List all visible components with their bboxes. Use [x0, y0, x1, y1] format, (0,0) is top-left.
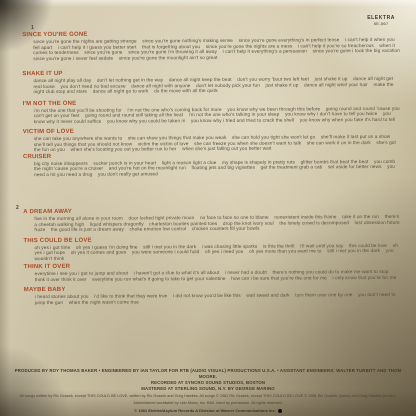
song-lyrics-victim-of-love: she can take you anywhere she wants to s… — [34, 134, 402, 153]
song-lyrics-im-not-the-one: i'm not the one that you'll be shooting … — [34, 105, 402, 124]
song-lyrics-a-dream-away: five in the morning all alone in your ro… — [34, 214, 402, 233]
song-section-maybe-baby: MAYBE BABY i heard stories about you i'd… — [24, 285, 403, 305]
song-section-im-not-the-one: I'M NOT THE ONE i'm not the one that you… — [23, 98, 402, 124]
song-section-since-youre-gone: SINCE YOU'RE GONE since you're gone the … — [22, 30, 401, 61]
song-lyrics-since-youre-gone: since you're gone the nights are getting… — [33, 37, 401, 61]
catalog-number: 5E-567 — [367, 21, 395, 26]
song-section-this-could-be-love: THIS COULD BE LOVE oh yes i got time oh … — [23, 235, 402, 261]
rights-line-1: All songs written by Ric Ocasek, except … — [10, 394, 406, 399]
song-lyrics-shake-it-up: dance all night play all day don't let n… — [33, 76, 401, 95]
song-lyrics-this-could-be-love: oh yes i got time oh yes i guess i'm doi… — [34, 242, 402, 261]
song-section-a-dream-away: A DREAM AWAY five in the morning all alo… — [23, 207, 402, 233]
album-back-cover: 1 2 ELEKTRA 5E-567 SINCE YOU'RE GONE sin… — [0, 0, 416, 416]
record-label-block: ELEKTRA 5E-567 — [367, 15, 395, 26]
credits-block: PRODUCED BY ROY THOMAS BAKER • ENGINEERE… — [10, 368, 406, 414]
copyright-text: © 1981 Elektra/Asylum Records A Division… — [134, 408, 276, 413]
lyrics-sheet: SINCE YOU'RE GONE since you're gone the … — [22, 30, 403, 305]
song-section-victim-of-love: VICTIM OF LOVE she can take you anywhere… — [23, 127, 402, 153]
song-lyrics-think-it-over: everytime i see you i got to jump and sh… — [35, 269, 403, 282]
song-lyrics-cruiser: big city noise disappears sucker punch i… — [34, 158, 402, 177]
credits-production-line: PRODUCED BY ROY THOMAS BAKER • ENGINEERE… — [10, 368, 406, 380]
side-1-marker: 1 — [31, 25, 34, 31]
rights-line-2: Administered worldwide by Lido Music, In… — [10, 401, 406, 406]
copyright-line: © 1981 Elektra/Asylum Records A Division… — [10, 408, 406, 414]
song-section-think-it-over: THINK IT OVER everytime i see you i got … — [24, 262, 403, 282]
song-section-cruiser: CRUISER big city noise disappears sucker… — [23, 151, 402, 177]
song-section-shake-it-up: SHAKE IT UP dance all night play all day… — [22, 69, 401, 95]
warner-logo-dot — [278, 409, 282, 413]
credits-mastered-line: MASTERED AT STERLING SOUND, N.Y. BY GEOR… — [10, 386, 406, 392]
song-lyrics-maybe-baby: i heard stories about you i'd like to th… — [35, 292, 403, 305]
side-2-marker: 2 — [16, 205, 19, 211]
